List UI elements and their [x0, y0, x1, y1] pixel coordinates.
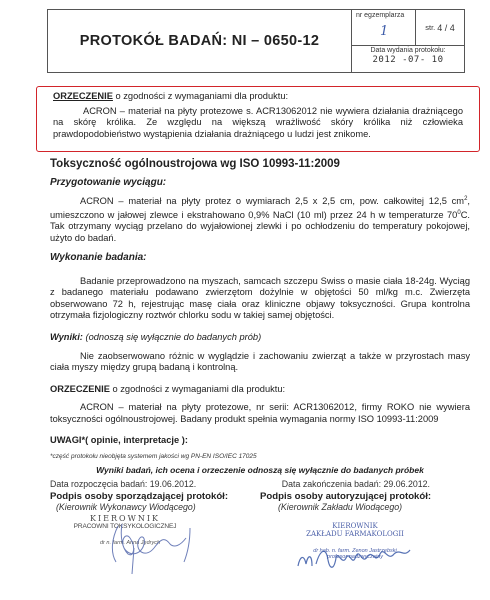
issue-date-value: 2012 -07- 10 — [352, 55, 464, 65]
signatures: Podpis osoby sporządzającej protokół: (K… — [50, 491, 470, 584]
results-heading: Wyniki: (odnoszą się wyłącznie do badany… — [50, 332, 470, 344]
highlight-text: ACRON – materiał na płyty protezowe s. A… — [53, 106, 463, 141]
highlight-heading-bold: ORZECZENIE — [53, 91, 113, 101]
verdict-text: ACRON – materiał na płyty protezowe, nr … — [50, 402, 470, 425]
issue-date-label: Data wydania protokołu: — [352, 47, 464, 54]
execution-heading: Wykonanie badania: — [50, 252, 470, 263]
signature-preparer: Podpis osoby sporządzającej protokół: (K… — [50, 491, 260, 584]
copy-number-label: nr egzemplarza — [356, 12, 404, 19]
disclaimer: Wyniki badań, ich ocena i orzeczenie odn… — [50, 465, 470, 475]
results-text: Nie zaobserwowano różnic w wyglądzie i z… — [50, 351, 470, 374]
end-date: Data zakończenia badań: 29.06.2012. — [282, 479, 430, 489]
authorizer-title: Podpis osoby autoryzującej protokół: — [260, 491, 470, 502]
header-meta: nr egzemplarza 1 str. 4 / 4 Data wydania… — [352, 10, 464, 72]
execution-text: Badanie przeprowadzono na myszach, samca… — [50, 276, 470, 322]
handwritten-signature-icon — [290, 540, 440, 576]
preparation-heading: Przygotowanie wyciągu: — [50, 177, 470, 188]
remarks-heading: UWAGI*( opinie, interpretacje ): — [50, 435, 470, 447]
start-date: Data rozpoczęcia badań: 19.06.2012. — [50, 479, 196, 489]
signature-authorizer: Podpis osoby autoryzującej protokół: (Ki… — [260, 491, 470, 584]
verdict-heading: ORZECZENIE o zgodności z wymaganiami dla… — [50, 384, 470, 396]
protocol-title: PROTOKÓŁ BADAŃ: NI – 0650-12 — [48, 10, 352, 72]
issue-date-cell: Data wydania protokołu: 2012 -07- 10 — [352, 46, 464, 72]
authorizer-stamp: KIEROWNIK ZAKŁADU FARMAKOLOGII dr hab. n… — [260, 522, 470, 584]
document-body: Toksyczność ogólnoustrojowa wg ISO 10993… — [50, 155, 470, 584]
highlight-heading-rest: o zgodności z wymaganiami dla produktu: — [113, 91, 288, 101]
page-label: str. — [425, 23, 435, 32]
preparer-stamp: KIEROWNIK PRACOWNI TOKSYKOLOGICZNEJ dr n… — [50, 514, 260, 576]
highlighted-verdict-box: ORZECZENIE o zgodności z wymaganiami dla… — [36, 86, 480, 152]
footnote: *część protokołu nieobjęta systemem jako… — [50, 453, 470, 460]
preparer-role: (Kierownik Wykonawcy Wiodącego) — [56, 502, 260, 512]
page-value: 4 / 4 — [437, 23, 455, 33]
copy-number-cell: nr egzemplarza 1 — [352, 10, 416, 45]
test-dates: Data rozpoczęcia badań: 19.06.2012. Data… — [50, 479, 470, 489]
protocol-header: PROTOKÓŁ BADAŃ: NI – 0650-12 nr egzempla… — [47, 9, 465, 73]
preparer-title: Podpis osoby sporządzającej protokół: — [50, 491, 260, 502]
preparation-text: ACRON – materiał na płyty protez o wymia… — [50, 194, 470, 245]
authorizer-role: (Kierownik Zakładu Wiodącego) — [278, 502, 470, 512]
page-number-cell: str. 4 / 4 — [416, 10, 464, 45]
section-title: Toksyczność ogólnoustrojowa wg ISO 10993… — [50, 158, 470, 170]
copy-number-value: 1 — [380, 24, 388, 39]
handwritten-signature-icon — [90, 518, 200, 574]
